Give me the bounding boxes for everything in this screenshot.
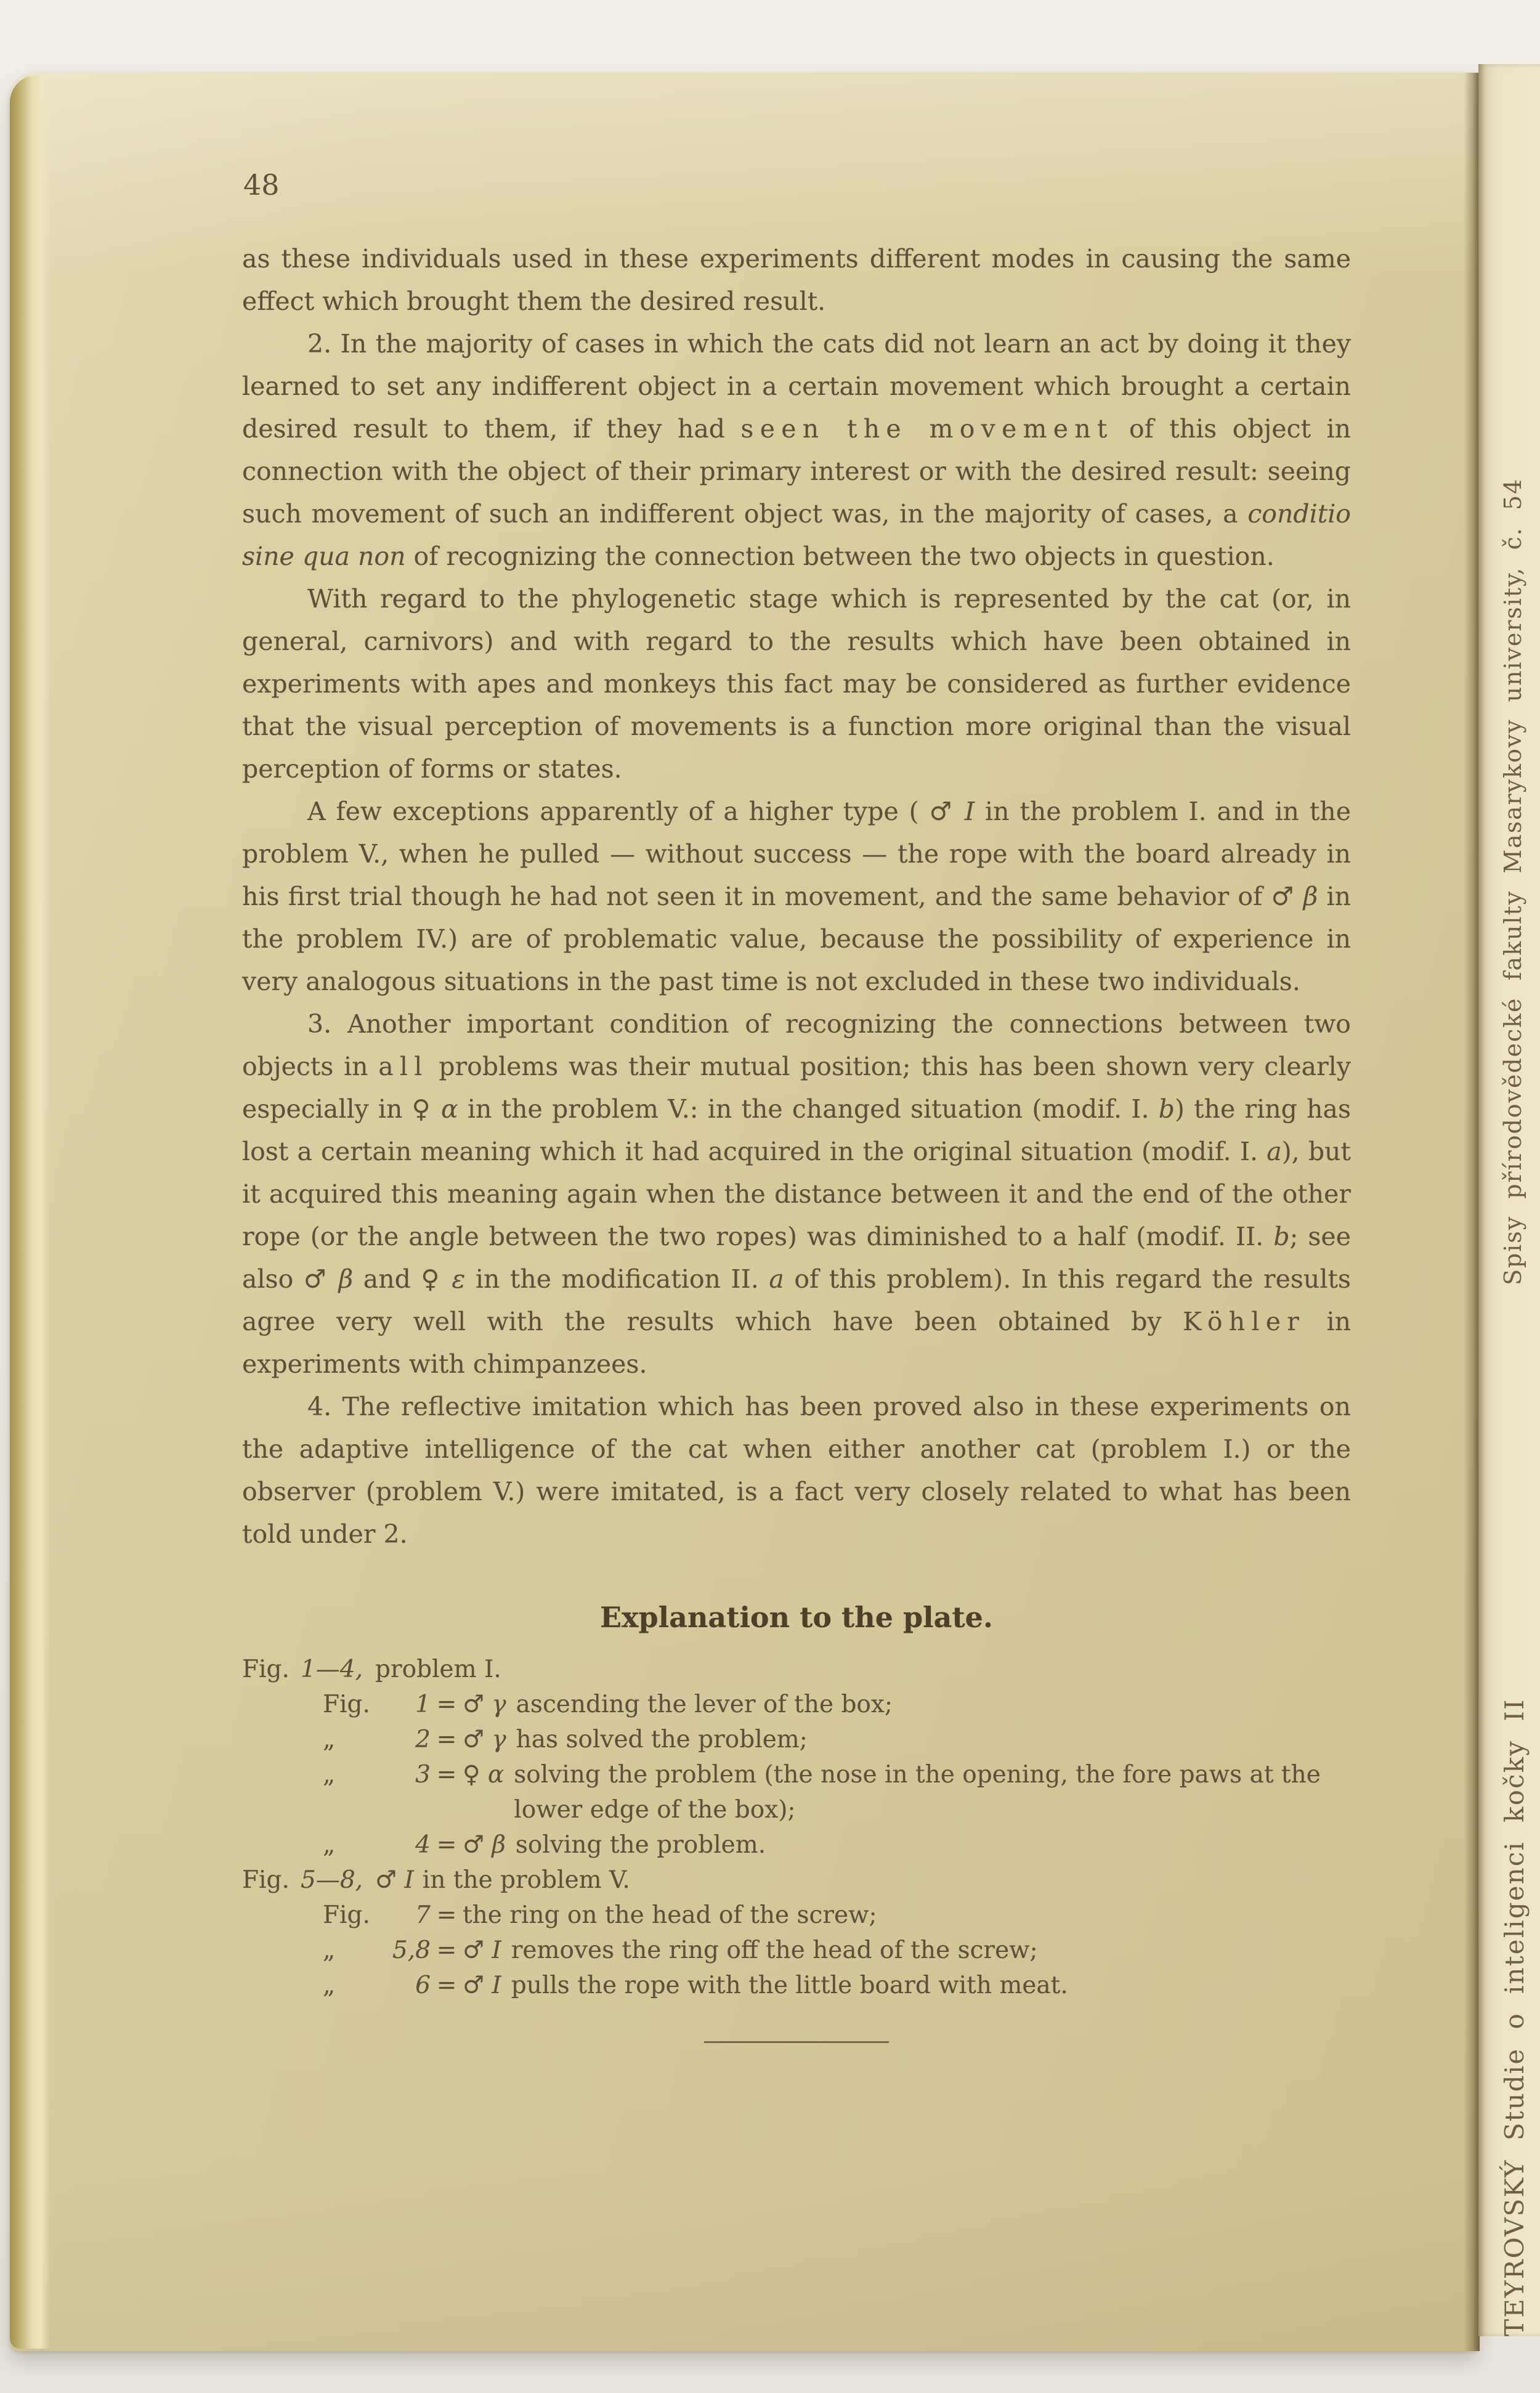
figure-text: problem I. <box>375 1652 1351 1687</box>
body-paragraph: as these individuals used in these exper… <box>242 238 1351 323</box>
body-paragraph: A few exceptions apparently of a higher … <box>242 790 1351 1003</box>
figure-text: pulls the rope with the little board wit… <box>511 1968 1351 2003</box>
text-segment: I <box>965 797 975 826</box>
figure-prefix: Fig. <box>242 1652 301 1687</box>
text-segment: 4. The reflective imitation which has be… <box>242 1392 1351 1549</box>
sex-symbol: ♀ <box>421 1264 452 1294</box>
figure-row: „6=♂ Ipulls the rope with the little boa… <box>242 1968 1351 2003</box>
body-paragraph: With regard to the phylogenetic stage wh… <box>242 578 1351 790</box>
figure-prefix: Fig. <box>242 1863 301 1898</box>
figure-text: solving the problem. <box>516 1827 1351 1863</box>
page-number: 48 <box>243 166 1351 203</box>
figure-row: „2=♂ γhas solved the problem; <box>242 1722 1351 1757</box>
equals-sign: = <box>431 1757 463 1792</box>
figure-row: Fig.5—8,♂ Iin the problem V. <box>242 1863 1351 1898</box>
figure-text: in the problem V. <box>423 1863 1351 1898</box>
figure-symbol: ♂ I <box>463 1933 501 1968</box>
sex-symbol: ♂ <box>304 1264 339 1294</box>
spine-series-text: Spisy přírodovědecké fakulty Masarykovy … <box>1499 238 1526 1285</box>
text-segment: seen the movement <box>740 414 1113 444</box>
text-segment: Köhler <box>1183 1307 1305 1336</box>
sex-symbol: ♀ <box>412 1094 441 1124</box>
equals-sign: = <box>431 1968 463 2003</box>
end-rule <box>704 2041 889 2043</box>
text-segment: and <box>353 1264 421 1294</box>
spine-title-text: TEYROVSKÝ Studie o inteligenci kočky II <box>1499 1565 1530 2336</box>
text-segment: α <box>441 1094 458 1124</box>
figure-symbol: ♂ I <box>375 1863 414 1898</box>
text-segment: b <box>1159 1094 1175 1124</box>
text-segment: in the problem V.: in the changed situat… <box>458 1094 1159 1124</box>
figure-number: 1 <box>378 1687 431 1722</box>
book-page: 48 as these individuals used in these ex… <box>10 73 1478 2351</box>
text-segment: as these individuals used in these exper… <box>242 244 1351 316</box>
figure-prefix: „ <box>319 1722 378 1757</box>
figure-prefix: „ <box>319 1757 378 1792</box>
figure-number: 2 <box>378 1722 431 1757</box>
figure-symbol: ♂ γ <box>463 1722 506 1757</box>
figure-prefix: „ <box>319 1827 378 1863</box>
text-segment: β <box>339 1264 354 1294</box>
text-segment: A few exceptions apparently of a higher … <box>307 797 929 826</box>
figure-number: 3 <box>378 1757 431 1792</box>
figure-number: 5—8, <box>301 1863 363 1898</box>
figure-row: Fig.7=the ring on the head of the screw; <box>242 1898 1351 1933</box>
figure-text: ascending the lever of the box; <box>516 1687 1351 1722</box>
sex-symbol: ♂ <box>1271 882 1303 911</box>
figure-row: „4=♂ βsolving the problem. <box>242 1827 1351 1863</box>
equals-sign: = <box>431 1687 463 1722</box>
body-paragraph: 4. The reflective imitation which has be… <box>242 1386 1351 1556</box>
text-segment: β <box>1303 882 1318 911</box>
figure-text: the ring on the head of the screw; <box>463 1898 1351 1933</box>
text-segment: of recognizing the connection between th… <box>405 542 1274 571</box>
figure-list: Fig.1—4,problem I.Fig.1=♂ γascending the… <box>242 1652 1351 2003</box>
equals-sign: = <box>431 1898 463 1933</box>
figure-symbol: ♀ α <box>463 1757 504 1792</box>
printed-content: 48 as these individuals used in these ex… <box>242 166 1351 2043</box>
text-segment: ε <box>452 1264 465 1294</box>
body-paragraph: 3. Another important condition of recogn… <box>242 1003 1351 1386</box>
figure-text: solving the problem (the nose in the ope… <box>514 1757 1351 1827</box>
equals-sign: = <box>431 1933 463 1968</box>
figure-row: „5,8=♂ Iremoves the ring off the head of… <box>242 1933 1351 1968</box>
figure-symbol: ♂ I <box>463 1968 501 2003</box>
facing-page-edge: Spisy přírodovědecké fakulty Masarykovy … <box>1478 64 1540 2336</box>
body-text: as these individuals used in these exper… <box>242 238 1351 1556</box>
figure-prefix: Fig. <box>319 1898 378 1933</box>
figure-row: Fig.1=♂ γascending the lever of the box; <box>242 1687 1351 1722</box>
equals-sign: = <box>431 1722 463 1757</box>
text-segment: b <box>1273 1222 1289 1251</box>
figure-number: 5,8 <box>378 1933 431 1968</box>
figure-row: Fig.1—4,problem I. <box>242 1652 1351 1687</box>
equals-sign: = <box>431 1827 463 1863</box>
figure-number: 4 <box>378 1827 431 1863</box>
body-paragraph: 2. In the majority of cases in which the… <box>242 323 1351 578</box>
figure-symbol: ♂ γ <box>463 1687 506 1722</box>
figure-text: has solved the problem; <box>516 1722 1351 1757</box>
gutter-shadow <box>1464 73 1480 2351</box>
figure-row: „3=♀ αsolving the problem (the nose in t… <box>242 1757 1351 1827</box>
figure-text: removes the ring off the head of the scr… <box>511 1933 1351 1968</box>
sex-symbol: ♂ <box>929 797 964 826</box>
figure-number: 7 <box>378 1898 431 1933</box>
text-segment: With regard to the phylogenetic stage wh… <box>242 584 1351 784</box>
text-segment: a <box>1266 1137 1281 1166</box>
figure-prefix: „ <box>319 1968 378 2003</box>
figure-symbol: ♂ β <box>463 1827 506 1863</box>
figure-prefix: Fig. <box>319 1687 378 1722</box>
figure-number: 1—4, <box>301 1652 363 1687</box>
text-segment: a <box>769 1264 784 1294</box>
text-segment: all <box>378 1052 428 1081</box>
figure-number: 6 <box>378 1968 431 2003</box>
page-edge-stack <box>10 75 51 2349</box>
text-segment: in the modification II. <box>465 1264 769 1294</box>
figure-prefix: „ <box>319 1933 378 1968</box>
plate-heading: Explanation to the plate. <box>242 1599 1351 1636</box>
